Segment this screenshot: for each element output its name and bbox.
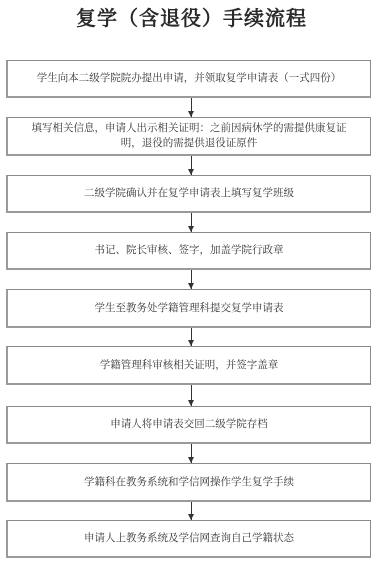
step-3-box: 二级学院确认并在复学申请表上填写复学班级 [6, 175, 371, 213]
step-5-label: 学生至教务处学籍管理科提交复学申请表 [95, 301, 284, 316]
arrow-down-icon [191, 502, 192, 520]
arrow-down-icon [191, 213, 192, 232]
arrow-down-icon [191, 156, 192, 175]
step-8-box: 学籍科在教务系统和学信网操作学生复学手续 [6, 463, 371, 502]
arrow-down-icon [191, 270, 192, 289]
step-8-label: 学籍科在教务系统和学信网操作学生复学手续 [84, 475, 294, 490]
step-7-box: 申请人将申请表交回二级学院存档 [6, 406, 371, 444]
step-6-box: 学籍管理科审核相关证明，并签字盖章 [6, 346, 371, 385]
step-9-label: 申请人上教务系统及学信网查询自己学籍状态 [84, 531, 294, 546]
step-2-box: 填写相关信息，申请人出示相关证明：之前因病休学的需提供康复证明，退役的需提供退役… [6, 117, 371, 156]
step-2-label: 填写相关信息，申请人出示相关证明：之前因病休学的需提供康复证明，退役的需提供退役… [22, 121, 356, 151]
arrow-down-icon [191, 98, 192, 117]
step-9-box: 申请人上教务系统及学信网查询自己学籍状态 [6, 520, 371, 558]
arrow-down-icon [191, 328, 192, 346]
arrow-down-icon [191, 444, 192, 463]
flowchart-title: 复学（含退役）手续流程 [0, 5, 383, 31]
step-1-label: 学生向本二级学院院办提出申请，并领取复学申请表（一式四份） [37, 71, 342, 86]
step-7-label: 申请人将申请表交回二级学院存档 [110, 417, 268, 432]
step-1-box: 学生向本二级学院院办提出申请，并领取复学申请表（一式四份） [6, 60, 371, 98]
step-4-box: 书记、院长审核、签字，加盖学院行政章 [6, 232, 371, 270]
step-6-label: 学籍管理科审核相关证明，并签字盖章 [100, 358, 279, 373]
step-5-box: 学生至教务处学籍管理科提交复学申请表 [6, 289, 371, 328]
step-3-label: 二级学院确认并在复学申请表上填写复学班级 [84, 186, 294, 201]
step-4-label: 书记、院长审核、签字，加盖学院行政章 [95, 243, 284, 258]
arrow-down-icon [191, 385, 192, 406]
